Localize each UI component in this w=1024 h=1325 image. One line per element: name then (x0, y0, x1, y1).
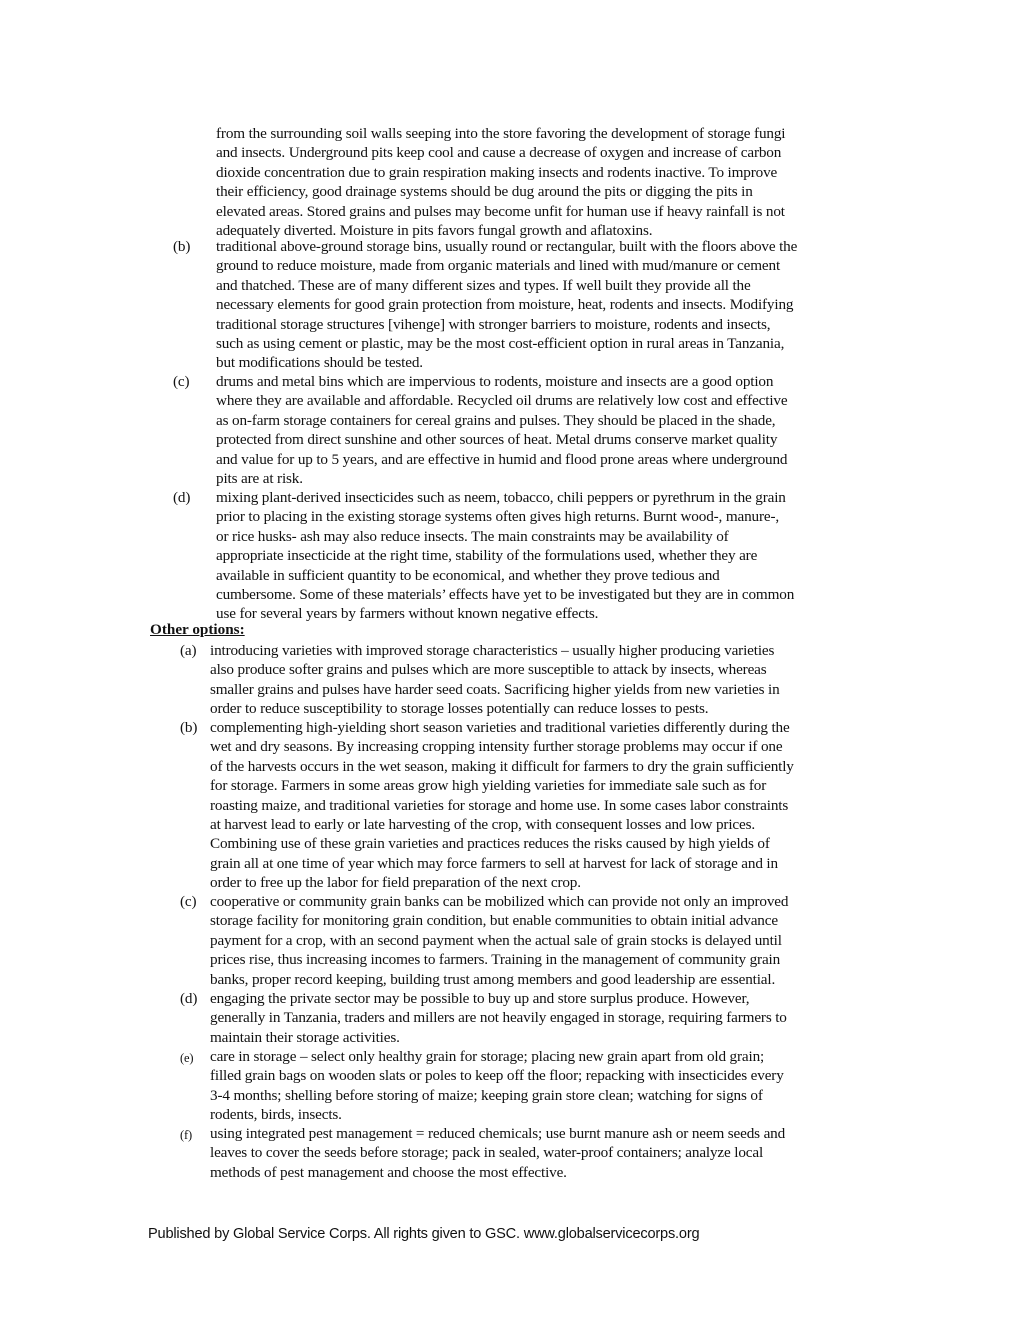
item-text: introducing varieties with improved stor… (210, 641, 780, 719)
storage-item-d: (d) mixing plant-derived insecticides su… (173, 488, 893, 628)
item-label: (c) (173, 372, 189, 391)
other-option-b: (b) complementing high-yielding short se… (180, 718, 900, 893)
item-text: mixing plant-derived insecticides such a… (216, 488, 794, 624)
other-option-f: (f) using integrated pest management = r… (180, 1124, 900, 1184)
item-label: (d) (173, 488, 190, 507)
item-label: (d) (180, 989, 197, 1008)
item-text: complementing high-yielding short season… (210, 718, 794, 893)
item-label: (b) (173, 237, 190, 256)
item-label: (e) (180, 1049, 193, 1068)
other-option-e: (e) care in storage – select only health… (180, 1047, 900, 1127)
item-text: care in storage – select only healthy gr… (210, 1047, 784, 1125)
item-text: using integrated pest management = reduc… (210, 1124, 785, 1182)
item-label: (a) (180, 641, 196, 660)
item-text: drums and metal bins which are imperviou… (216, 372, 787, 488)
continuation-paragraph: from the surrounding soil walls seeping … (216, 124, 785, 240)
storage-item-c: (c) drums and metal bins which are imper… (173, 372, 893, 492)
item-text: traditional above-ground storage bins, u… (216, 237, 797, 373)
item-text: cooperative or community grain banks can… (210, 892, 788, 989)
item-label: (f) (180, 1126, 192, 1145)
item-label: (b) (180, 718, 197, 737)
item-text: engaging the private sector may be possi… (210, 989, 787, 1047)
other-option-d: (d) engaging the private sector may be p… (180, 989, 900, 1049)
storage-item-b: (b) traditional above-ground storage bin… (173, 237, 893, 377)
item-label: (c) (180, 892, 196, 911)
document-page: from the surrounding soil walls seeping … (0, 0, 1024, 1325)
other-option-a: (a) introducing varieties with improved … (180, 641, 900, 721)
other-option-c: (c) cooperative or community grain banks… (180, 892, 900, 992)
other-options-heading: Other options: (150, 620, 245, 639)
publisher-footer: Published by Global Service Corps. All r… (148, 1225, 699, 1243)
